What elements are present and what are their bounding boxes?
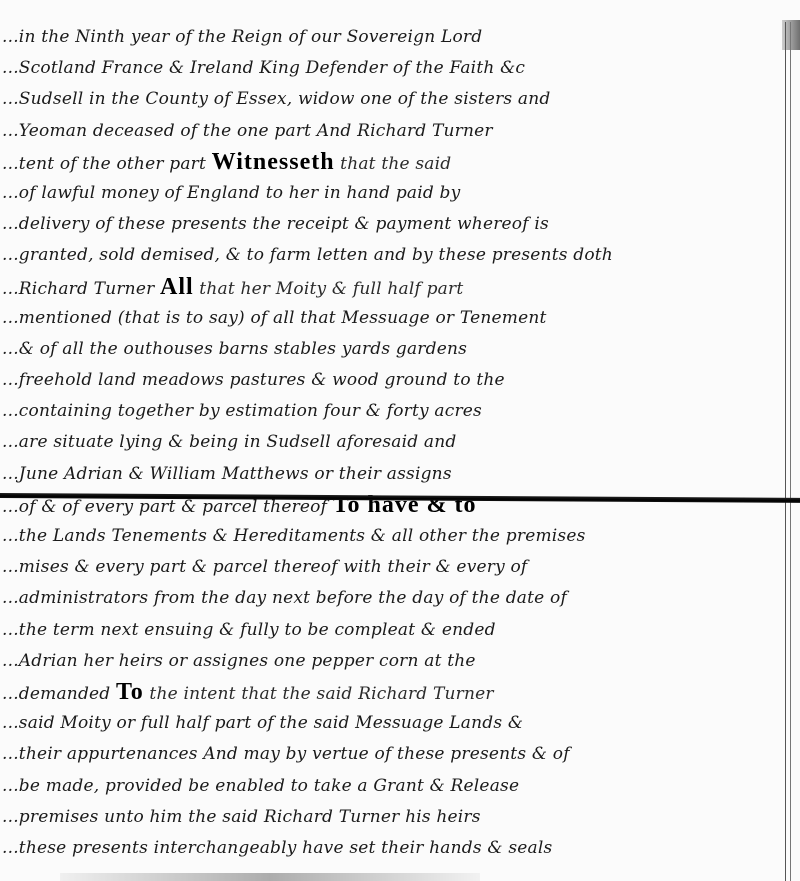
manuscript-line: ...freehold land meadows pastures & wood… xyxy=(0,365,780,396)
manuscript-page: ...in the Ninth year of the Reign of our… xyxy=(0,0,800,881)
manuscript-line: ...these presents interchangeably have s… xyxy=(0,833,780,864)
manuscript-line: ...demanded To the intent that the said … xyxy=(0,677,780,708)
line-text-continued: that the said xyxy=(335,154,452,174)
manuscript-line: ...Adrian her heirs or assignes one pepp… xyxy=(0,646,780,677)
display-heading-word: To xyxy=(116,679,144,705)
manuscript-line: ...June Adrian & William Matthews or the… xyxy=(0,459,780,490)
manuscript-line: ...mises & every part & parcel thereof w… xyxy=(0,552,780,583)
line-text: ...are situate lying & being in Sudsell … xyxy=(2,432,457,452)
line-text: ...Scotland France & Ireland King Defend… xyxy=(2,58,525,78)
line-text: ...& of all the outhouses barns stables … xyxy=(2,339,467,359)
manuscript-line: ...Scotland France & Ireland King Defend… xyxy=(0,53,780,84)
manuscript-line: ...Sudsell in the County of Essex, widow… xyxy=(0,84,780,115)
line-text: ...demanded xyxy=(2,684,110,704)
manuscript-line: ...mentioned (that is to say) of all tha… xyxy=(0,303,780,334)
manuscript-line: ...the term next ensuing & fully to be c… xyxy=(0,615,780,646)
line-text-continued: the intent that the said Richard Turner xyxy=(144,684,494,704)
right-margin-rule xyxy=(785,22,786,881)
manuscript-line: ...be made, provided be enabled to take … xyxy=(0,771,780,802)
line-text: ...their appurtenances And may by vertue… xyxy=(2,744,570,764)
line-text: ...be made, provided be enabled to take … xyxy=(2,776,519,796)
line-text: ...Adrian her heirs or assignes one pepp… xyxy=(2,651,476,671)
manuscript-line: ...of lawful money of England to her in … xyxy=(0,178,780,209)
manuscript-line: ...granted, sold demised, & to farm lett… xyxy=(0,240,780,271)
line-text: ...Yeoman deceased of the one part And R… xyxy=(2,121,493,141)
line-text: ...mises & every part & parcel thereof w… xyxy=(2,557,527,577)
line-text: ...these presents interchangeably have s… xyxy=(2,838,552,858)
line-text: ...the Lands Tenements & Hereditaments &… xyxy=(2,526,586,546)
manuscript-text: ...in the Ninth year of the Reign of our… xyxy=(0,22,780,864)
line-text: ...Richard Turner xyxy=(2,279,154,299)
manuscript-line: ...the Lands Tenements & Hereditaments &… xyxy=(0,521,780,552)
line-text-continued: that her Moity & full half part xyxy=(194,279,464,299)
line-text: ...freehold land meadows pastures & wood… xyxy=(2,370,505,390)
manuscript-line: ...containing together by estimation fou… xyxy=(0,396,780,427)
display-heading-word: All xyxy=(160,274,194,300)
manuscript-line: ...administrators from the day next befo… xyxy=(0,583,780,614)
manuscript-line: ...Richard Turner All that her Moity & f… xyxy=(0,272,780,303)
line-text: ...containing together by estimation fou… xyxy=(2,401,482,421)
manuscript-line: ...in the Ninth year of the Reign of our… xyxy=(0,22,780,53)
manuscript-line: ...are situate lying & being in Sudsell … xyxy=(0,427,780,458)
display-heading-word: Witnesseth xyxy=(212,149,335,175)
line-text: ...tent of the other part xyxy=(2,154,206,174)
manuscript-line: ...tent of the other part Witnesseth tha… xyxy=(0,147,780,178)
manuscript-line: ...Yeoman deceased of the one part And R… xyxy=(0,116,780,147)
manuscript-line: ...premises unto him the said Richard Tu… xyxy=(0,802,780,833)
manuscript-line: ...delivery of these presents the receip… xyxy=(0,209,780,240)
right-margin-rule-outer xyxy=(790,22,791,881)
line-text: ...delivery of these presents the receip… xyxy=(2,214,549,234)
manuscript-line: ...their appurtenances And may by vertue… xyxy=(0,739,780,770)
scan-smudge xyxy=(60,873,480,881)
line-text: ...of lawful money of England to her in … xyxy=(2,183,460,203)
line-text: ...the term next ensuing & fully to be c… xyxy=(2,620,496,640)
line-text: ...administrators from the day next befo… xyxy=(2,588,567,608)
line-text: ...in the Ninth year of the Reign of our… xyxy=(2,27,482,47)
manuscript-line: ...& of all the outhouses barns stables … xyxy=(0,334,780,365)
line-text: ...granted, sold demised, & to farm lett… xyxy=(2,245,613,265)
manuscript-line: ...said Moity or full half part of the s… xyxy=(0,708,780,739)
line-text: ...of & of every part & parcel thereof xyxy=(2,497,327,517)
line-text: ...June Adrian & William Matthews or the… xyxy=(2,464,452,484)
line-text: ...Sudsell in the County of Essex, widow… xyxy=(2,89,551,109)
line-text: ...said Moity or full half part of the s… xyxy=(2,713,523,733)
line-text: ...mentioned (that is to say) of all tha… xyxy=(2,308,547,328)
line-text: ...premises unto him the said Richard Tu… xyxy=(2,807,481,827)
